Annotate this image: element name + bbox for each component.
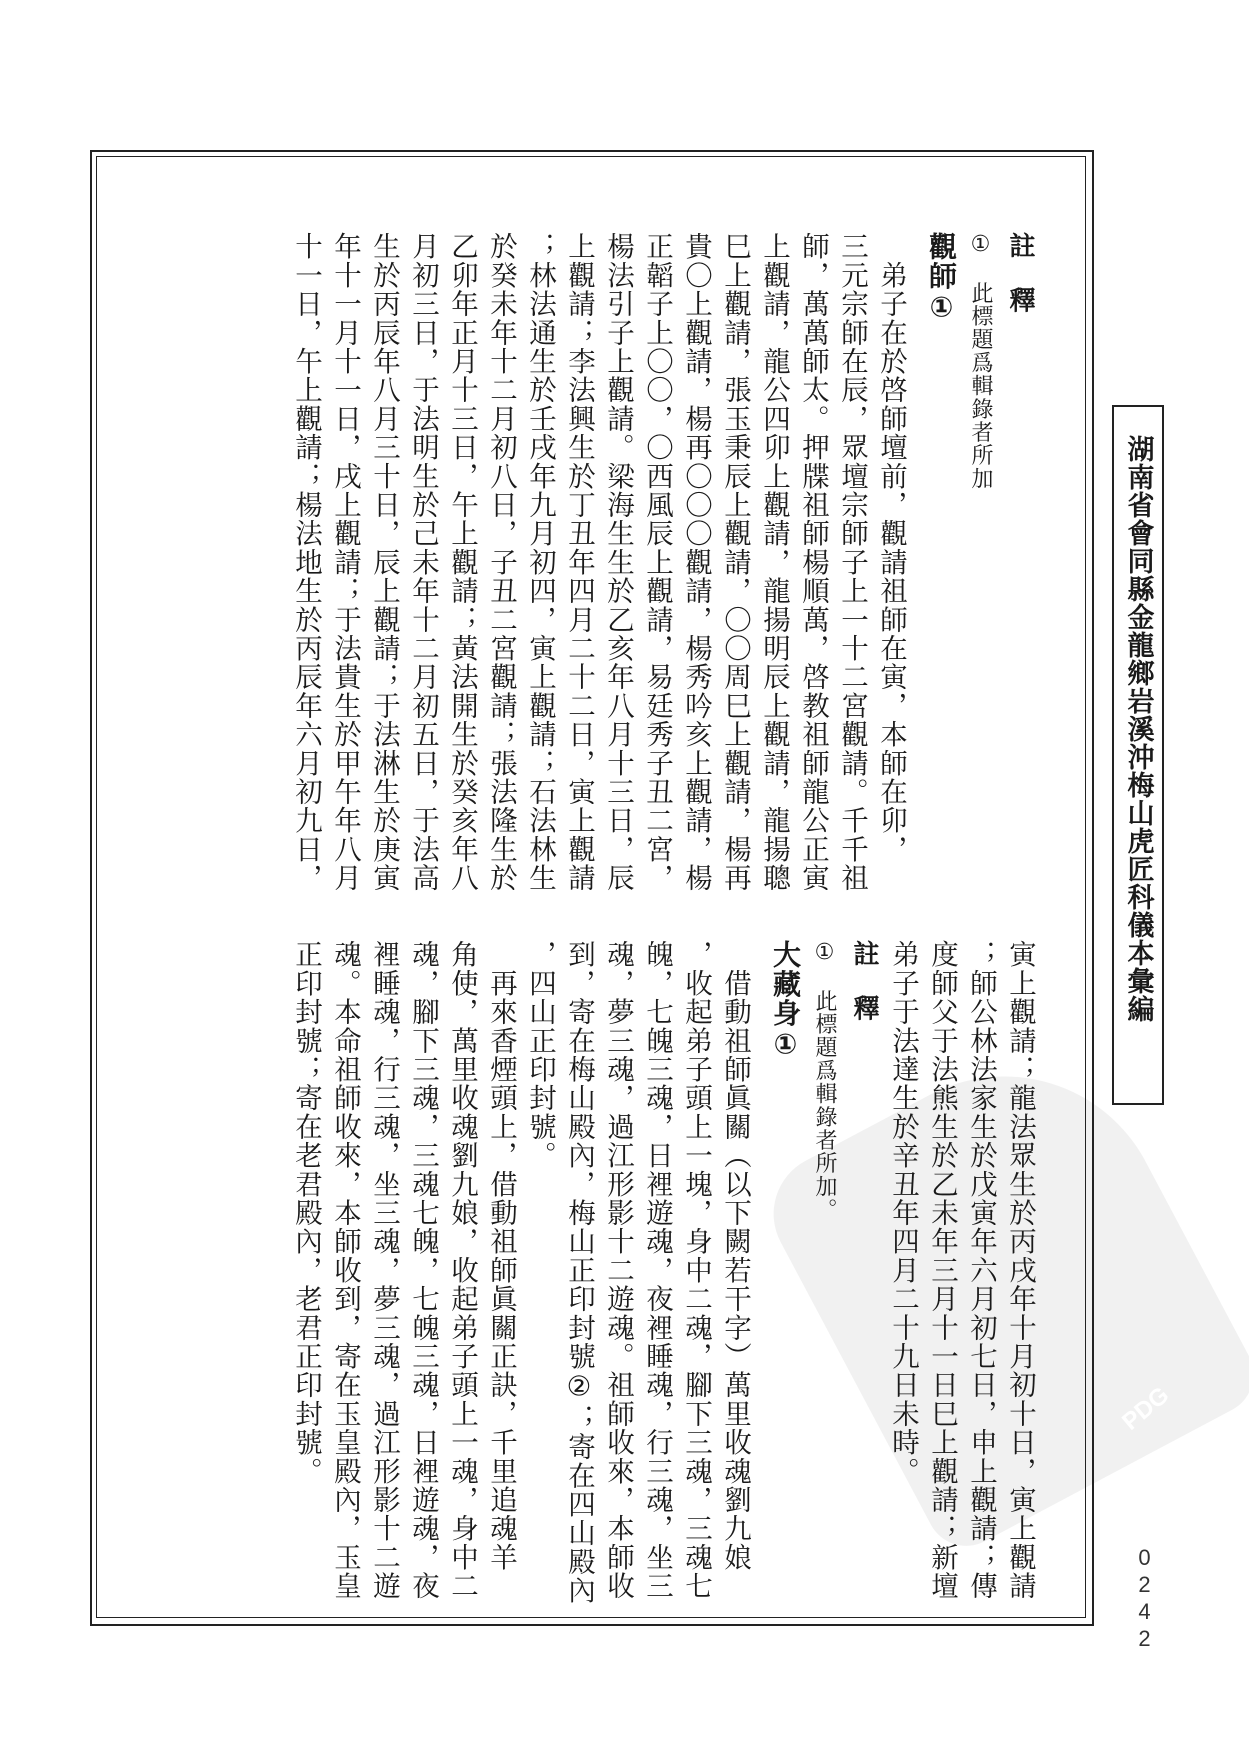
text-line: 上觀請；李法興生於丁丑年四月二十二日，寅上觀請 xyxy=(559,232,598,832)
page-number: 0242 xyxy=(1131,1545,1157,1653)
text-line: 弟子于法達生於辛丑年四月二十九日未時。 xyxy=(883,940,922,1550)
text-line: 弟子在於啓師壇前，觀請祖師在寅，本師在卯， xyxy=(871,232,910,832)
text-line: 再來香煙頭上，借動祖師眞關正訣，千里追魂羊 xyxy=(481,940,520,1550)
text-line: 度師父于法熊生於乙未年三月十一日巳上觀請；新壇 xyxy=(922,940,961,1550)
text-line: 楊法引子上觀請。梁海生生於乙亥年八月十三日，辰 xyxy=(598,232,637,832)
text-line: 正印封號；寄在老君殿內，老君正印封號。 xyxy=(286,940,325,1550)
note-text: 此標題爲輯錄者所加 xyxy=(968,281,993,490)
notes-heading: 註 釋 xyxy=(1000,232,1039,832)
note-item: ① 此標題爲輯錄者所加。 xyxy=(805,940,844,1550)
running-title-box: 湖南省會同縣金龍鄉岩溪沖梅山虎匠科儀本彙編 xyxy=(1112,405,1164,1105)
text-line: ，收起弟子頭上一塊，身中二魂，腳下三魂，三魂七 xyxy=(676,940,715,1550)
notes-heading: 註 釋 xyxy=(844,940,883,1550)
text-line: 魄，七魄三魂，日裡遊魂，夜裡睡魂，行三魂，坐三 xyxy=(637,940,676,1550)
text-line: ，四山正印封號。 xyxy=(520,940,559,1550)
section-title: 觀師① xyxy=(922,232,961,832)
text-line: 師，萬萬師太。押牒祖師楊順萬，啓教祖師龍公正寅 xyxy=(793,232,832,832)
upper-half-text: 註 釋 ① 此標題爲輯錄者所加 觀師① 弟子在於啓師壇前，觀請祖師在寅，本師在卯… xyxy=(286,232,1039,832)
text-line: 正韜子上〇〇，〇西風辰上觀請，易廷秀子丑二宮， xyxy=(637,232,676,832)
text-line: 月初三日，于法明生於己未年十二月初五日，于法高 xyxy=(403,232,442,832)
text-line: 到，寄在梅山殿內，梅山正印封號②；寄在四山殿內 xyxy=(559,940,598,1550)
text-line: 年十一月十一日，戌上觀請；于法貴生於甲午年八月 xyxy=(325,232,364,832)
text-line: 於癸未年十二月初八日，子丑二宮觀請；張法隆生於 xyxy=(481,232,520,832)
text-line: 魂。本命祖師收來，本師收到，寄在玉皇殿內，玉皇 xyxy=(325,940,364,1550)
note-item: ① 此標題爲輯錄者所加 xyxy=(961,232,1000,832)
text-line: 巳上觀請，張玉秉辰上觀請，〇〇周巳上觀請，楊再 xyxy=(715,232,754,832)
note-text: 此標題爲輯錄者所加。 xyxy=(812,989,837,1221)
text-line: 角使，萬里收魂劉九娘，收起弟子頭上一魂，身中二 xyxy=(442,940,481,1550)
text-line: ；師公林法家生於戊寅年六月初七日，申上觀請；傳 xyxy=(961,940,1000,1550)
text-line: 上觀請，龍公四卯上觀請，龍揚明辰上觀請，龍揚聰 xyxy=(754,232,793,832)
book-title: 湖南省會同縣金龍鄉岩溪沖梅山虎匠科儀本彙編 xyxy=(1125,435,1152,1103)
text-line: 乙卯年正月十三日，午上觀請；黃法開生於癸亥年八 xyxy=(442,232,481,832)
text-line: 魂，夢三魂，過江形影十二遊魂。祖師收來，本師收 xyxy=(598,940,637,1550)
lower-half-text: 寅上觀請；龍法眾生於丙戌年十月初十日，寅上觀請 ；師公林法家生於戊寅年六月初七日… xyxy=(286,940,1039,1550)
text-line: 十一日，午上觀請；楊法地生於丙辰年六月初九日， xyxy=(286,232,325,832)
note-marker: ① xyxy=(968,232,993,258)
text-line: ；林法通生於壬戌年九月初四，寅上觀請；石法林生 xyxy=(520,232,559,832)
text-line: 生於丙辰年八月三十日，辰上觀請；于法淋生於庚寅 xyxy=(364,232,403,832)
note-marker: ① xyxy=(812,940,837,966)
text-line: 貴〇上觀請，楊再〇〇〇觀請，楊秀吟亥上觀請，楊 xyxy=(676,232,715,832)
text-line: 三元宗師在辰，眾壇宗師子上一十二宮觀請。千千祖 xyxy=(832,232,871,832)
text-line: 魂，腳下三魂，三魂七魄，七魄三魂，日裡遊魂，夜 xyxy=(403,940,442,1550)
text-line: 寅上觀請；龍法眾生於丙戌年十月初十日，寅上觀請 xyxy=(1000,940,1039,1550)
text-line: 借動祖師眞關（以下闕若干字）萬里收魂劉九娘 xyxy=(715,940,754,1550)
section-title: 大藏身① xyxy=(766,940,805,1550)
text-line: 裡睡魂，行三魂，坐三魂，夢三魂，過江形影十二遊 xyxy=(364,940,403,1550)
